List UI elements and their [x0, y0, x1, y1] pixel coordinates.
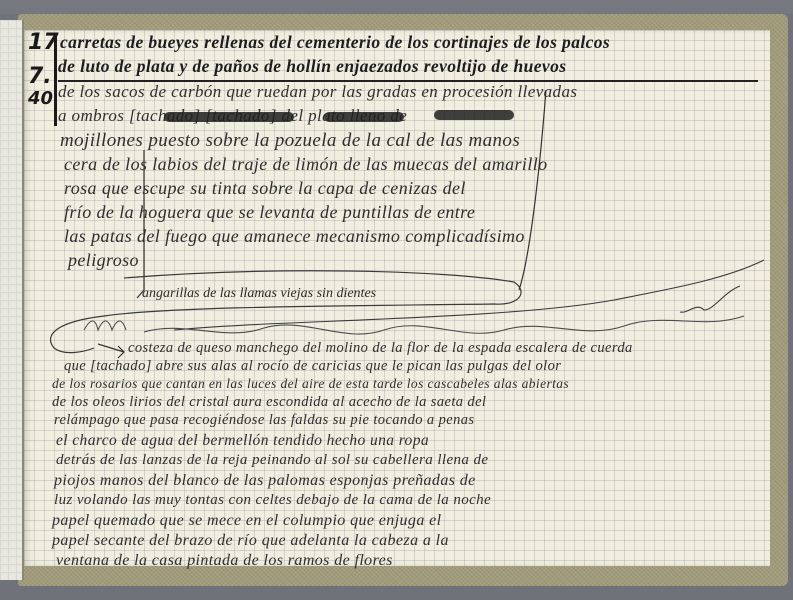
text-line: detrás de las lanzas de la reja peinando… — [56, 452, 488, 469]
manuscript-page: 17 7. 40 carretas de bueyes rellenas del… — [24, 30, 770, 566]
text-line: costeza de queso manchego del molino de … — [128, 340, 633, 357]
text-line: papel quemado que se mece en el columpio… — [52, 512, 441, 530]
text-line: papel secante del brazo de río que adela… — [52, 532, 449, 550]
text-line: el charco de agua del bermellón tendido … — [56, 432, 429, 450]
text-line: de los oleos lirios del cristal aura esc… — [52, 394, 486, 411]
boxed-note: angarillas de las llamas viejas sin dien… — [142, 286, 376, 302]
text-line: de los rosarios que cantan en las luces … — [52, 376, 569, 392]
text-line: luz volando las muy tontas con celtes de… — [54, 492, 491, 509]
text-line: que [tachado] abre sus alas al rocío de … — [64, 358, 561, 375]
background-top — [0, 0, 793, 14]
text-line: ventana de la casa pintada de los ramos … — [56, 552, 393, 570]
text-line: piojos manos del blanco de las palomas e… — [54, 472, 476, 490]
text-line: relámpago que pasa recogiéndose las fald… — [54, 412, 474, 429]
left-facing-page-edge — [0, 20, 24, 580]
